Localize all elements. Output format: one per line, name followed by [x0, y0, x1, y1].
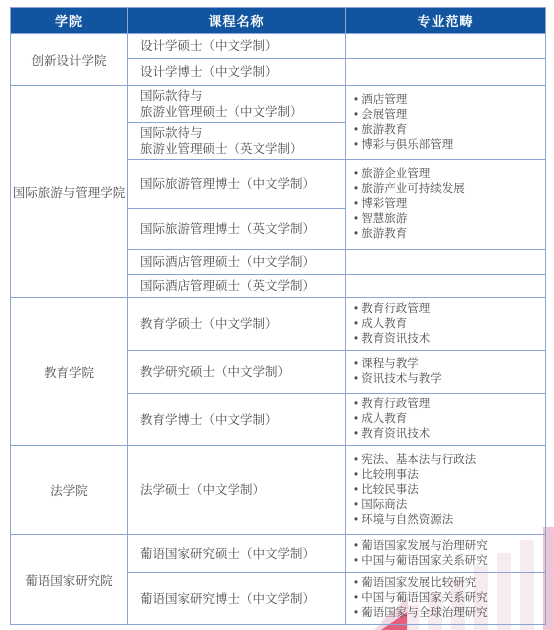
college-cell: 创新设计学院 [11, 34, 128, 86]
college-cell: 葡语国家研究院 [11, 535, 128, 625]
scope-item: 葡语国家发展比较研究 [354, 576, 541, 591]
scope-item: 国际商法 [354, 498, 541, 513]
programs-table: 学院 课程名称 专业范畴 创新设计学院 设计学硕士（中文学制） 设计学博士（中文… [10, 7, 546, 625]
course-cell: 国际款待与 旅游业管理硕士（英文学制） [128, 123, 346, 160]
table-row: 葡语国家研究院 葡语国家研究硕士（中文学制） 葡语国家发展与治理研究 中国与葡语… [11, 535, 546, 573]
course-cell: 教育学博士（中文学制） [128, 394, 346, 446]
course-name-line: 旅游业管理硕士（英文学制） [140, 141, 339, 157]
course-name: 国际旅游管理博士（英文学制） [140, 221, 339, 237]
scope-item: 环境与自然资源法 [354, 513, 541, 528]
scope-list: 教育行政管理 成人教育 教育资讯技术 [354, 397, 541, 442]
header-course-name: 课程名称 [128, 8, 346, 34]
course-cell: 教育学硕士（中文学制） [128, 298, 346, 351]
header-row: 学院 课程名称 专业范畴 [11, 8, 546, 34]
course-name-line: 国际款待与 [140, 88, 339, 104]
course-name: 设计学博士（中文学制） [140, 64, 339, 80]
scope-item: 旅游教育 [354, 227, 541, 242]
scope-cell-empty [346, 59, 546, 86]
scope-item: 旅游企业管理 [354, 167, 541, 182]
scope-item: 酒店管理 [354, 93, 541, 108]
scope-item: 教育行政管理 [354, 302, 541, 317]
scope-cell: 葡语国家发展比较研究 中国与葡语国家关系研究 葡语国家与全球治理研究 [346, 573, 546, 625]
header-college: 学院 [11, 8, 128, 34]
scope-cell: 教育行政管理 成人教育 教育资讯技术 [346, 298, 546, 351]
scope-item: 课程与教学 [354, 357, 541, 372]
scope-item: 葡语国家与全球治理研究 [354, 606, 541, 621]
course-name: 设计学硕士（中文学制） [140, 38, 339, 54]
course-cell: 教学研究硕士（中文学制） [128, 351, 346, 394]
course-cell: 国际旅游管理博士（英文学制） [128, 209, 346, 250]
table-row: 法学院 法学硕士（中文学制） 宪法、基本法与行政法 比较刑事法 比较民事法 国际… [11, 446, 546, 535]
scope-cell: 课程与教学 资讯技术与教学 [346, 351, 546, 394]
course-name: 国际酒店管理硕士（英文学制） [140, 278, 339, 294]
table-row: 教育学院 教育学硕士（中文学制） 教育行政管理 成人教育 教育资讯技术 [11, 298, 546, 351]
college-cell: 法学院 [11, 446, 128, 535]
college-cell: 国际旅游与管理学院 [11, 86, 128, 298]
course-cell: 国际酒店管理硕士（中文学制） [128, 250, 346, 275]
course-cell: 国际旅游管理博士（中文学制） [128, 160, 346, 209]
scope-item: 旅游产业可持续发展 [354, 182, 541, 197]
scope-item: 资讯技术与教学 [354, 372, 541, 387]
scope-cell: 教育行政管理 成人教育 教育资讯技术 [346, 394, 546, 446]
scope-item: 教育行政管理 [354, 397, 541, 412]
scope-list: 课程与教学 资讯技术与教学 [354, 357, 541, 387]
course-cell: 葡语国家研究博士（中文学制） [128, 573, 346, 625]
scope-list: 教育行政管理 成人教育 教育资讯技术 [354, 302, 541, 347]
scope-cell-empty [346, 275, 546, 298]
scope-list: 葡语国家发展与治理研究 中国与葡语国家关系研究 [354, 539, 541, 569]
course-name: 葡语国家研究硕士（中文学制） [140, 546, 339, 562]
course-name: 教育学博士（中文学制） [140, 412, 339, 428]
scope-item: 比较刑事法 [354, 468, 541, 483]
course-name: 国际酒店管理硕士（中文学制） [140, 254, 339, 270]
scope-item: 智慧旅游 [354, 212, 541, 227]
table-row: 国际旅游与管理学院 国际款待与 旅游业管理硕士（中文学制） 酒店管理 会展管理 … [11, 86, 546, 123]
scope-cell-empty [346, 250, 546, 275]
course-cell: 葡语国家研究硕士（中文学制） [128, 535, 346, 573]
course-name: 葡语国家研究博士（中文学制） [140, 591, 339, 607]
scope-item: 教育资讯技术 [354, 332, 541, 347]
scope-cell: 旅游企业管理 旅游产业可持续发展 博彩管理 智慧旅游 旅游教育 [346, 160, 546, 250]
course-name-line: 国际款待与 [140, 125, 339, 141]
scope-item: 博彩管理 [354, 197, 541, 212]
scope-list: 宪法、基本法与行政法 比较刑事法 比较民事法 国际商法 环境与自然资源法 [354, 453, 541, 528]
scope-item: 比较民事法 [354, 483, 541, 498]
scope-list: 旅游企业管理 旅游产业可持续发展 博彩管理 智慧旅游 旅游教育 [354, 167, 541, 242]
scope-item: 成人教育 [354, 412, 541, 427]
course-cell: 设计学硕士（中文学制） [128, 34, 346, 59]
scope-cell: 酒店管理 会展管理 旅游教育 博彩与俱乐部管理 [346, 86, 546, 160]
course-name: 国际旅游管理博士（中文学制） [140, 176, 339, 192]
scope-list: 酒店管理 会展管理 旅游教育 博彩与俱乐部管理 [354, 93, 541, 153]
course-name: 教学研究硕士（中文学制） [140, 364, 339, 380]
scope-item: 旅游教育 [354, 123, 541, 138]
table-row: 创新设计学院 设计学硕士（中文学制） [11, 34, 546, 59]
table-header: 学院 课程名称 专业范畴 [11, 8, 546, 34]
scope-item: 中国与葡语国家关系研究 [354, 591, 541, 606]
course-cell: 国际酒店管理硕士（英文学制） [128, 275, 346, 298]
course-name-line: 旅游业管理硕士（中文学制） [140, 104, 339, 120]
scope-cell: 葡语国家发展与治理研究 中国与葡语国家关系研究 [346, 535, 546, 573]
scope-item: 葡语国家发展与治理研究 [354, 539, 541, 554]
scope-list: 葡语国家发展比较研究 中国与葡语国家关系研究 葡语国家与全球治理研究 [354, 576, 541, 621]
header-major-scope: 专业范畴 [346, 8, 546, 34]
scope-item: 教育资讯技术 [354, 427, 541, 442]
scope-item: 成人教育 [354, 317, 541, 332]
scope-item: 中国与葡语国家关系研究 [354, 554, 541, 569]
course-name: 教育学硕士（中文学制） [140, 316, 339, 332]
college-cell: 教育学院 [11, 298, 128, 446]
scope-item: 博彩与俱乐部管理 [354, 138, 541, 153]
course-name: 法学硕士（中文学制） [140, 482, 339, 498]
course-cell: 国际款待与 旅游业管理硕士（中文学制） [128, 86, 346, 123]
scope-item: 会展管理 [354, 108, 541, 123]
course-cell: 法学硕士（中文学制） [128, 446, 346, 535]
scope-cell: 宪法、基本法与行政法 比较刑事法 比较民事法 国际商法 环境与自然资源法 [346, 446, 546, 535]
scope-cell-empty [346, 34, 546, 59]
course-cell: 设计学博士（中文学制） [128, 59, 346, 86]
scope-item: 宪法、基本法与行政法 [354, 453, 541, 468]
